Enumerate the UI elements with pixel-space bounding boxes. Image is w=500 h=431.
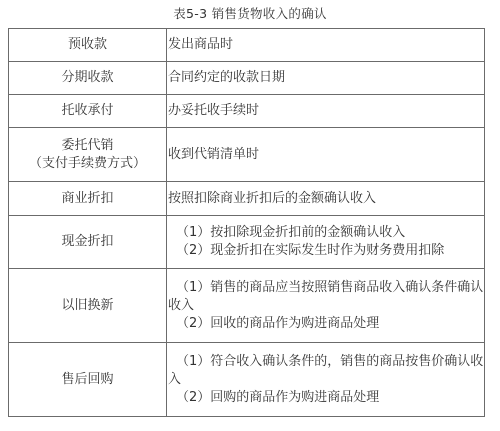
- recognition-cell: （1）按扣除现金折扣前的金额确认收入 （2）现金折扣在实际发生时作为财务费用扣除: [167, 216, 485, 269]
- method-label: 预收款: [9, 36, 166, 54]
- recognition-cell: （1）销售的商品应当按照销售商品收入确认条件确认 收入 （2）回收的商品作为购进…: [167, 269, 485, 343]
- method-cell: 委托代销 （支付手续费方式）: [9, 128, 167, 182]
- method-label: 分期收款: [9, 69, 166, 87]
- recognition-item: （1）按扣除现金折扣前的金额确认收入: [168, 224, 484, 242]
- method-cell: 预收款: [9, 29, 167, 62]
- recognition-item-wrap: 收入: [168, 297, 484, 315]
- recognition-text: 发出商品时: [168, 36, 484, 54]
- table-row: 托收承付 办妥托收手续时: [9, 95, 485, 128]
- table-caption: 表5-3 销售货物收入的确认: [0, 4, 500, 22]
- recognition-cell: 合同约定的收款日期: [167, 62, 485, 95]
- recognition-text: 办妥托收手续时: [168, 102, 484, 120]
- table-row: 以旧换新 （1）销售的商品应当按照销售商品收入确认条件确认 收入 （2）回收的商…: [9, 269, 485, 343]
- method-label: 现金折扣: [9, 233, 166, 251]
- table-row: 委托代销 （支付手续费方式） 收到代销清单时: [9, 128, 485, 182]
- method-cell: 托收承付: [9, 95, 167, 128]
- recognition-cell: （1）符合收入确认条件的，销售的商品按售价确认收 入 （2）回购的商品作为购进商…: [167, 343, 485, 417]
- revenue-recognition-table: 预收款 发出商品时 分期收款 合同约定的收款日期 托收承付 办妥托收手续时: [8, 28, 485, 417]
- method-cell: 分期收款: [9, 62, 167, 95]
- method-label: 售后回购: [9, 371, 166, 389]
- method-cell: 现金折扣: [9, 216, 167, 269]
- table-row: 预收款 发出商品时: [9, 29, 485, 62]
- recognition-text: 合同约定的收款日期: [168, 69, 484, 87]
- recognition-cell: 办妥托收手续时: [167, 95, 485, 128]
- method-label: 商业折扣: [9, 190, 166, 208]
- recognition-item: （2）现金折扣在实际发生时作为财务费用扣除: [168, 242, 484, 260]
- recognition-item: （2）回收的商品作为购进商品处理: [168, 315, 484, 333]
- method-label: 托收承付: [9, 102, 166, 120]
- method-label: 委托代销: [9, 137, 166, 155]
- method-cell: 售后回购: [9, 343, 167, 417]
- table-row: 分期收款 合同约定的收款日期: [9, 62, 485, 95]
- recognition-cell: 收到代销清单时: [167, 128, 485, 182]
- recognition-item: （1）销售的商品应当按照销售商品收入确认条件确认: [168, 279, 484, 297]
- recognition-cell: 发出商品时: [167, 29, 485, 62]
- method-sublabel: （支付手续费方式）: [9, 155, 166, 173]
- method-cell: 以旧换新: [9, 269, 167, 343]
- recognition-text: 收到代销清单时: [168, 146, 484, 164]
- recognition-cell: 按照扣除商业折扣后的金额确认收入: [167, 182, 485, 216]
- table-row: 现金折扣 （1）按扣除现金折扣前的金额确认收入 （2）现金折扣在实际发生时作为财…: [9, 216, 485, 269]
- method-label: 以旧换新: [9, 297, 166, 315]
- method-cell: 商业折扣: [9, 182, 167, 216]
- recognition-item: （2）回购的商品作为购进商品处理: [168, 389, 484, 407]
- recognition-item: （1）符合收入确认条件的，销售的商品按售价确认收: [168, 353, 484, 371]
- recognition-text: 按照扣除商业折扣后的金额确认收入: [168, 190, 484, 208]
- recognition-item-wrap: 入: [168, 371, 484, 389]
- table-row: 售后回购 （1）符合收入确认条件的，销售的商品按售价确认收 入 （2）回购的商品…: [9, 343, 485, 417]
- table-row: 商业折扣 按照扣除商业折扣后的金额确认收入: [9, 182, 485, 216]
